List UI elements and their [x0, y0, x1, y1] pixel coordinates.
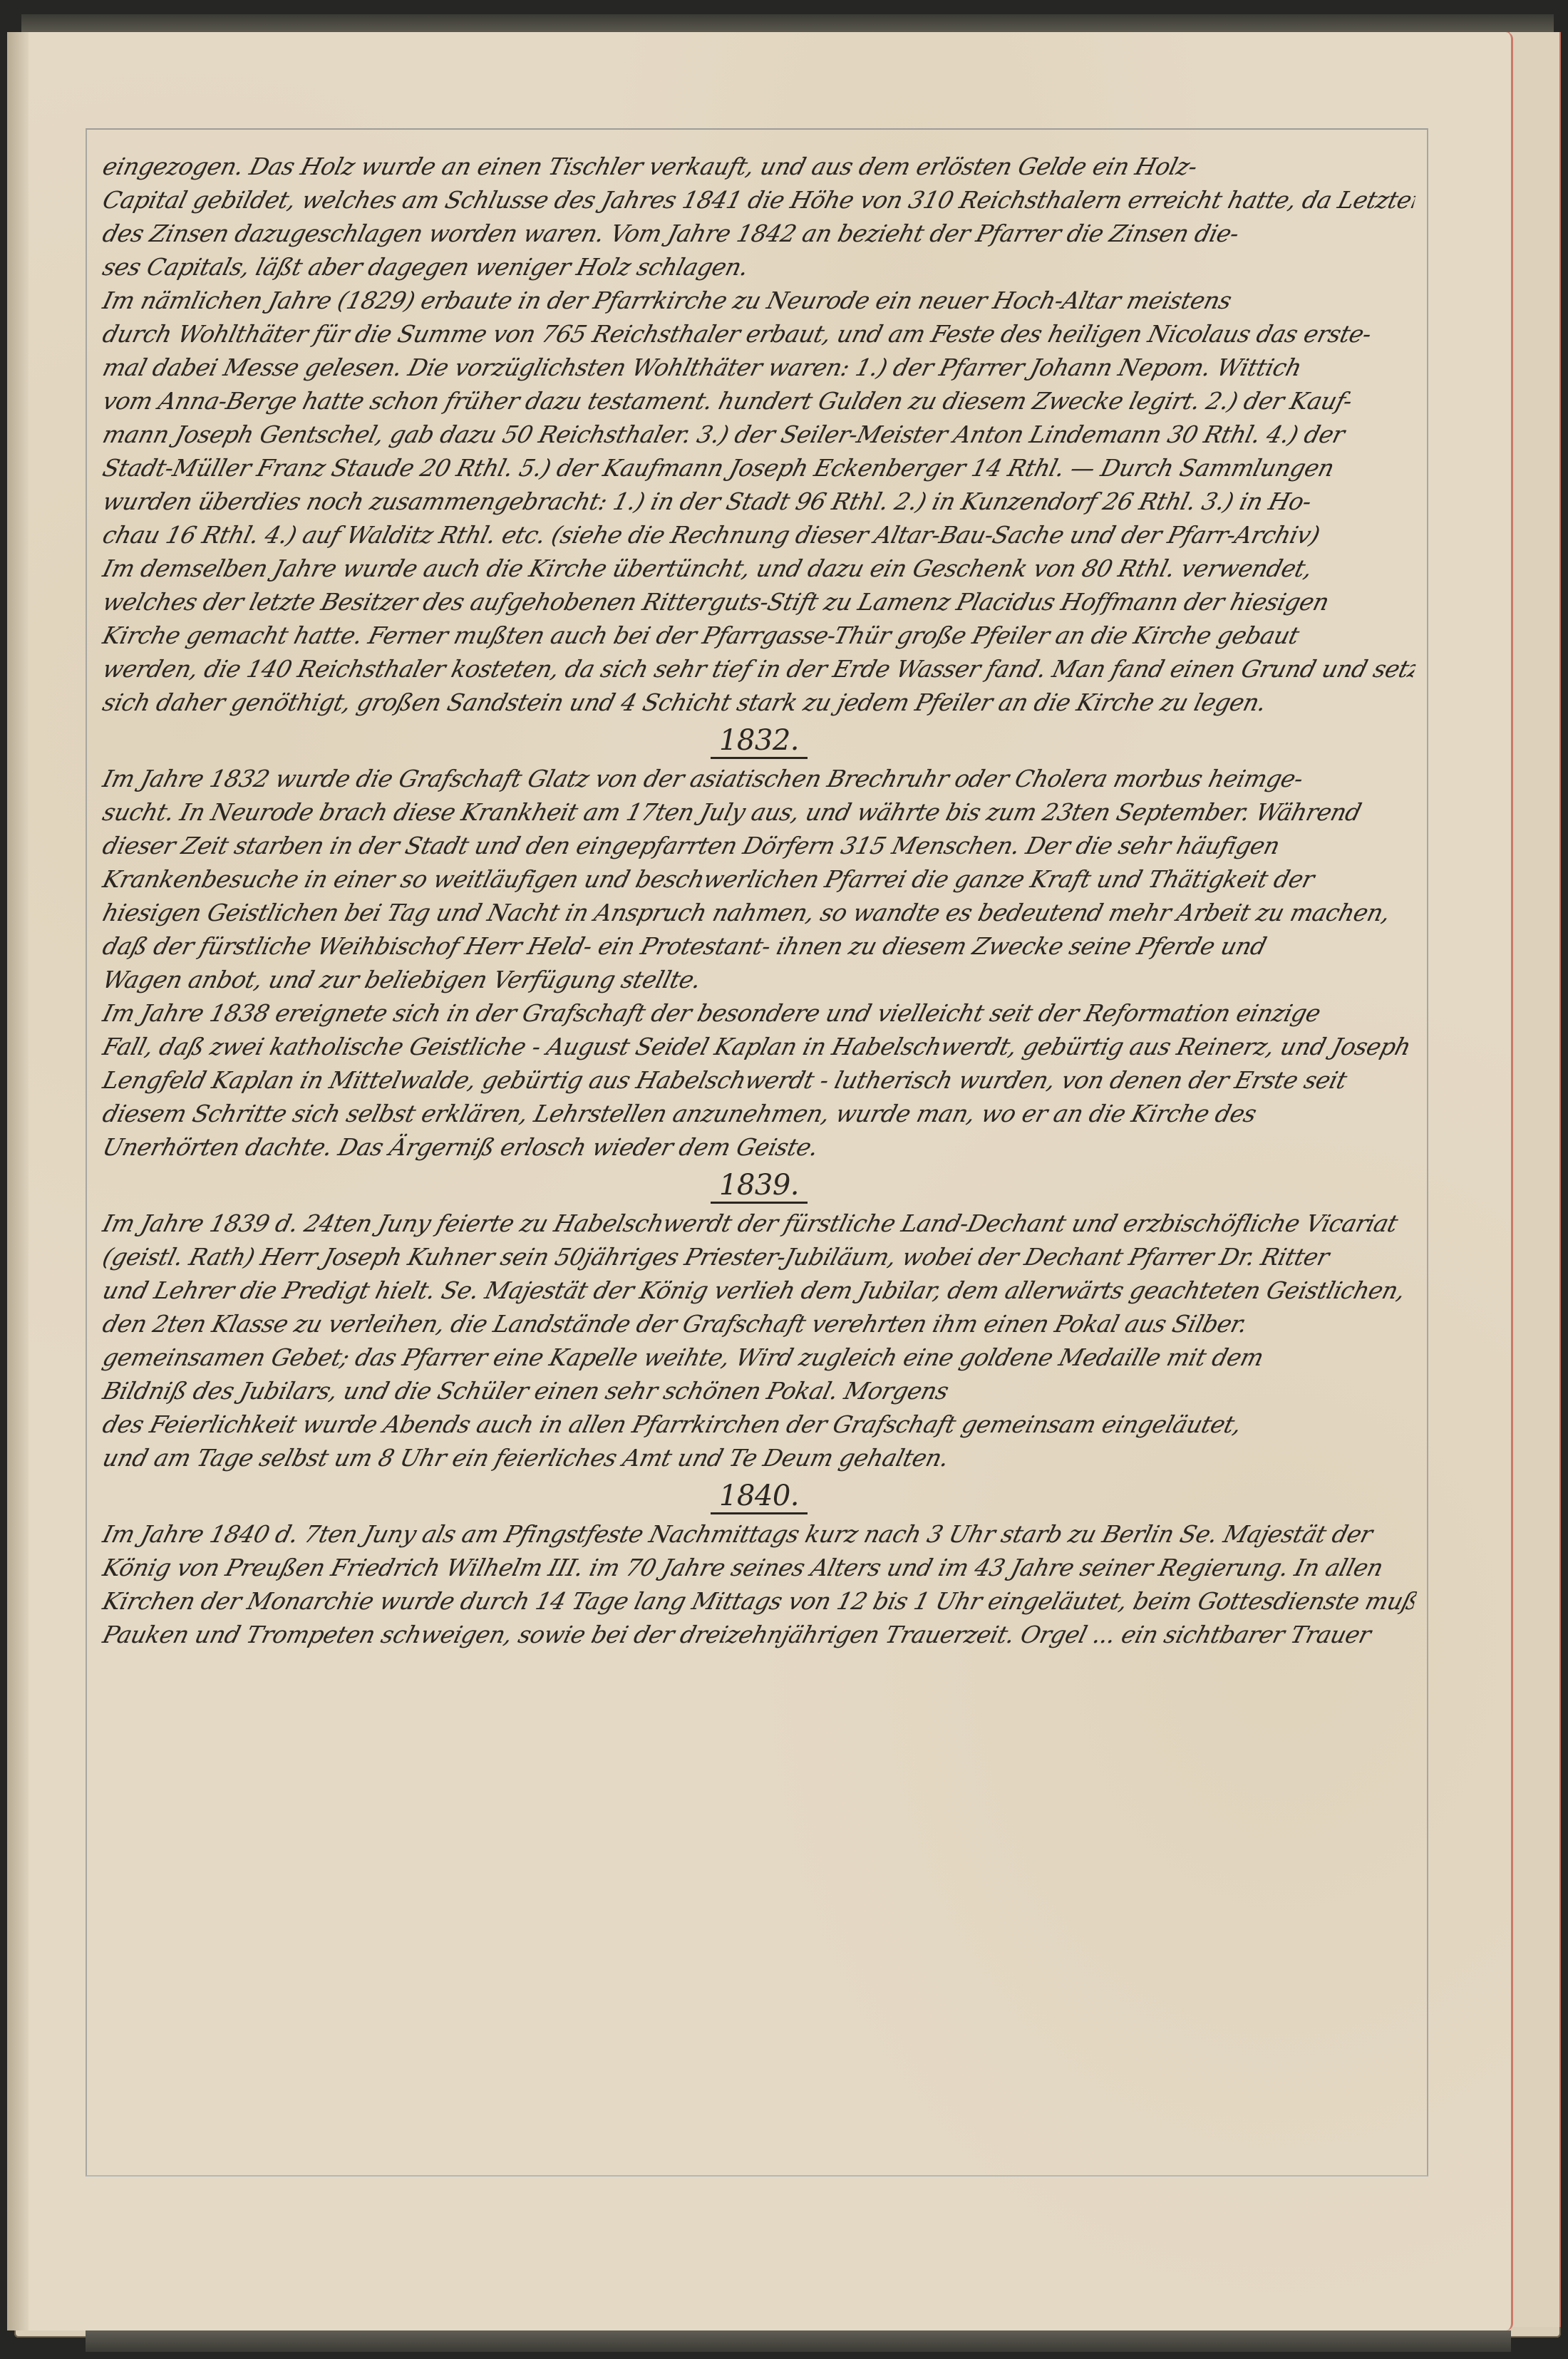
- handwritten-line: durch Wohlthäter für die Summe von 765 R…: [99, 317, 1419, 351]
- handwritten-line: Im Jahre 1840 d. 7ten Juny als am Pfings…: [99, 1517, 1419, 1551]
- handwritten-line: Stadt-Müller Franz Staude 20 Rthl. 5.) d…: [99, 451, 1419, 485]
- handwritten-line: eingezogen. Das Holz wurde an einen Tisc…: [99, 150, 1419, 183]
- handwritten-line: des Feierlichkeit wurde Abends auch in a…: [99, 1408, 1419, 1441]
- handwritten-line: welches der letzte Besitzer des aufgehob…: [99, 585, 1419, 619]
- handwritten-line: Im nämlichen Jahre (1829) erbaute in der…: [99, 284, 1419, 317]
- handwritten-line: Kirche gemacht hatte. Ferner mußten auch…: [99, 619, 1419, 652]
- handwritten-line: mann Joseph Gentschel, gab dazu 50 Reich…: [99, 418, 1419, 451]
- book-gutter: [7, 32, 29, 2330]
- year-heading-1839: 1839.: [103, 1164, 1415, 1207]
- paragraph-1838: Im Jahre 1838 ereignete sich in der Graf…: [103, 996, 1415, 1164]
- handwritten-text-block: eingezogen. Das Holz wurde an einen Tisc…: [103, 150, 1415, 1651]
- handwritten-line: wurden überdies noch zusammengebracht: 1…: [99, 485, 1419, 518]
- paragraph-1840: Im Jahre 1840 d. 7ten Juny als am Pfings…: [103, 1517, 1415, 1651]
- manuscript-page: eingezogen. Das Holz wurde an einen Tisc…: [7, 32, 1513, 2330]
- handwritten-line: Fall, daß zwei katholische Geistliche - …: [99, 1030, 1419, 1063]
- page-stack-edge-right: [1507, 32, 1561, 2327]
- handwritten-line: Wagen anbot, und zur beliebigen Verfügun…: [99, 963, 1419, 996]
- paragraph-1832: Im Jahre 1832 wurde die Grafschaft Glatz…: [103, 762, 1415, 996]
- handwritten-line: Kirchen der Monarchie wurde durch 14 Tag…: [99, 1584, 1419, 1618]
- year-heading-1840: 1840.: [103, 1475, 1415, 1517]
- handwritten-line: Capital gebildet, welches am Schlusse de…: [99, 183, 1419, 217]
- handwritten-line: Lengfeld Kaplan in Mittelwalde, gebürtig…: [99, 1063, 1419, 1097]
- handwritten-line: gemeinsamen Gebet; das Pfarrer eine Kape…: [99, 1341, 1419, 1374]
- handwritten-line: dieser Zeit starben in der Stadt und den…: [99, 829, 1419, 862]
- handwritten-line: des Zinsen dazugeschlagen worden waren. …: [99, 217, 1419, 250]
- handwritten-line: Unerhörten dachte. Das Ärgerniß erlosch …: [99, 1130, 1419, 1164]
- handwritten-line: sucht. In Neurode brach diese Krankheit …: [99, 795, 1419, 829]
- year-heading-1832: 1832.: [103, 719, 1415, 762]
- paragraph-intro: eingezogen. Das Holz wurde an einen Tisc…: [103, 150, 1415, 719]
- handwritten-line: Im Jahre 1838 ereignete sich in der Graf…: [99, 996, 1419, 1030]
- handwritten-line: und Lehrer die Predigt hielt. Se. Majest…: [99, 1274, 1419, 1307]
- handwritten-line: vom Anna-Berge hatte schon früher dazu t…: [99, 384, 1419, 418]
- handwritten-line: Im Jahre 1839 d. 24ten Juny feierte zu H…: [99, 1207, 1419, 1240]
- handwritten-line: Krankenbesuche in einer so weitläufigen …: [99, 862, 1419, 896]
- handwritten-line: und am Tage selbst um 8 Uhr ein feierlic…: [99, 1441, 1419, 1475]
- handwritten-line: sich daher genöthigt, großen Sandstein u…: [99, 686, 1419, 719]
- handwritten-line: König von Preußen Friedrich Wilhelm III.…: [99, 1551, 1419, 1584]
- handwritten-line: diesem Schritte sich selbst erklären, Le…: [99, 1097, 1419, 1130]
- handwritten-line: hiesigen Geistlichen bei Tag und Nacht i…: [99, 896, 1419, 929]
- handwritten-line: Im Jahre 1832 wurde die Grafschaft Glatz…: [99, 762, 1419, 795]
- handwritten-line: mal dabei Messe gelesen. Die vorzüglichs…: [99, 351, 1419, 384]
- handwritten-line: Im demselben Jahre wurde auch die Kirche…: [99, 552, 1419, 585]
- handwritten-line: chau 16 Rthl. 4.) auf Walditz Rthl. etc.…: [99, 518, 1419, 552]
- book-cover-edge-bottom: [86, 2330, 1511, 2352]
- handwritten-line: werden, die 140 Reichsthaler kosteten, d…: [99, 652, 1419, 686]
- handwritten-line: ses Capitals, läßt aber dagegen weniger …: [99, 250, 1419, 284]
- handwritten-line: (geistl. Rath) Herr Joseph Kuhner sein 5…: [99, 1240, 1419, 1274]
- handwritten-line: daß der fürstliche Weihbischof Herr Held…: [99, 929, 1419, 963]
- handwritten-line: den 2ten Klasse zu verleihen, die Landst…: [99, 1307, 1419, 1341]
- handwritten-line: Bildniß des Jubilars, und die Schüler ei…: [99, 1374, 1419, 1408]
- handwritten-line: Pauken und Trompeten schweigen, sowie be…: [99, 1618, 1419, 1651]
- paragraph-1839: Im Jahre 1839 d. 24ten Juny feierte zu H…: [103, 1207, 1415, 1475]
